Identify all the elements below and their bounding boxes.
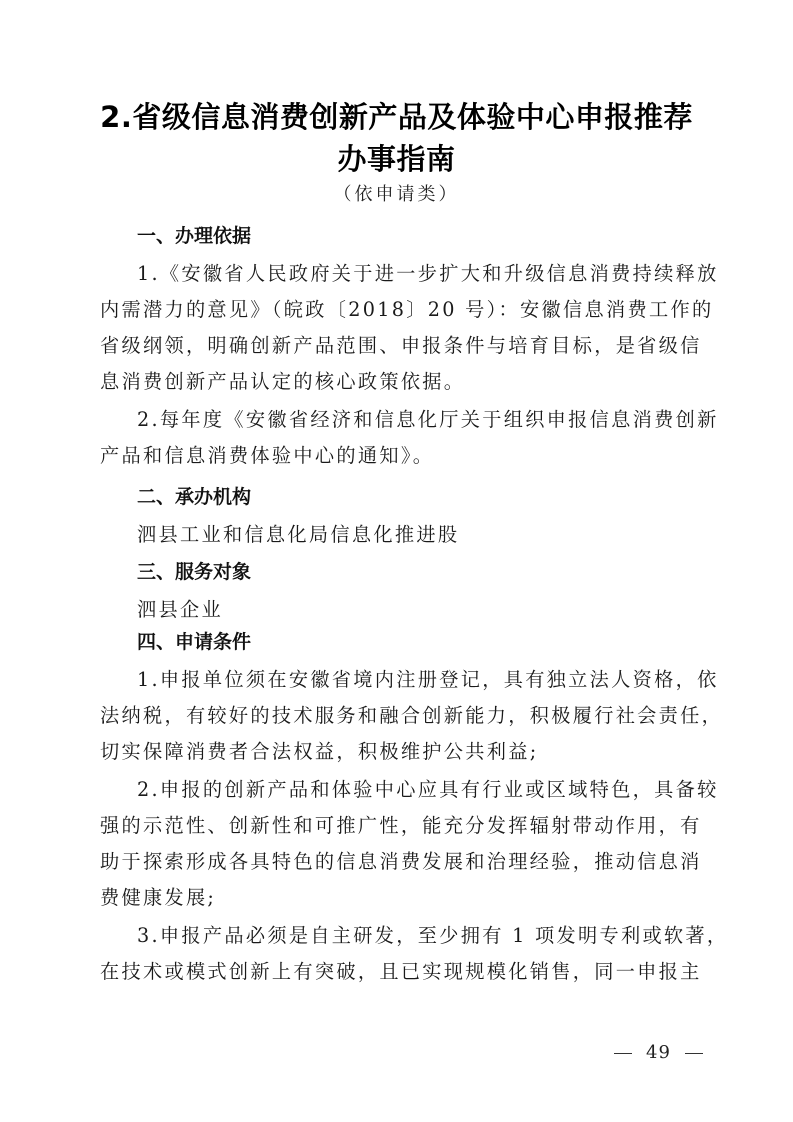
- paragraph-line: 切实保障消费者合法权益，积极维护公共利益;: [100, 737, 539, 764]
- paragraph-line: 2.每年度《安徽省经济和信息化厅关于组织申报信息消费创新: [137, 405, 719, 432]
- paragraph-line: 泗县工业和信息化局信息化推进股: [137, 520, 459, 547]
- paragraph-line: 内需潜力的意见》（皖政〔2018〕20 号）：安徽信息消费工作的: [100, 295, 713, 322]
- paragraph-line: 泗县企业: [137, 595, 223, 622]
- page-number-value: 49: [646, 1042, 671, 1063]
- section-heading-basis: 一、办理依据: [137, 221, 251, 248]
- paragraph-line: 费健康发展;: [100, 883, 216, 910]
- document-page: 2.省级信息消费创新产品及体验中心申报推荐 办事指南 （依申请类） 一、办理依据…: [0, 0, 793, 1122]
- paragraph-line: 产品和信息消费体验中心的通知》。: [100, 441, 434, 468]
- paragraph-line: 1.《安徽省人民政府关于进一步扩大和升级信息消费持续释放: [137, 259, 719, 286]
- document-subtitle: （依申请类）: [0, 180, 793, 206]
- paragraph-line: 息消费创新产品认定的核心政策依据。: [100, 367, 465, 394]
- paragraph-line: 强的示范性、创新性和可推广性，能充分发挥辐射带动作用，有: [100, 811, 702, 838]
- paragraph-line: 2.申报的创新产品和体验中心应具有行业或区域特色，具备较: [137, 775, 719, 802]
- paragraph-line: 1.申报单位须在安徽省境内注册登记，具有独立法人资格，依: [137, 665, 719, 692]
- document-title-line1: 2.省级信息消费创新产品及体验中心申报推荐: [0, 95, 793, 136]
- dash-right: [685, 1053, 703, 1054]
- dash-left: [614, 1053, 632, 1054]
- page-number: 49: [600, 1042, 717, 1063]
- paragraph-line: 在技术或模式创新上有突破，且已实现规模化销售，同一申报主: [100, 957, 702, 984]
- section-heading-agency: 二、承办机构: [137, 482, 251, 509]
- document-title-line2: 办事指南: [0, 137, 793, 178]
- section-heading-service-target: 三、服务对象: [137, 557, 251, 584]
- paragraph-line: 法纳税，有较好的技术服务和融合创新能力，积极履行社会责任，: [100, 701, 723, 728]
- paragraph-line: 3.申报产品必须是自主研发，至少拥有 1 项发明专利或软著，: [137, 921, 728, 948]
- paragraph-line: 省级纲领，明确创新产品范围、申报条件与培育目标，是省级信: [100, 331, 702, 358]
- section-heading-conditions: 四、申请条件: [137, 627, 251, 654]
- paragraph-line: 助于探索形成各具特色的信息消费发展和治理经验，推动信息消: [100, 847, 702, 874]
